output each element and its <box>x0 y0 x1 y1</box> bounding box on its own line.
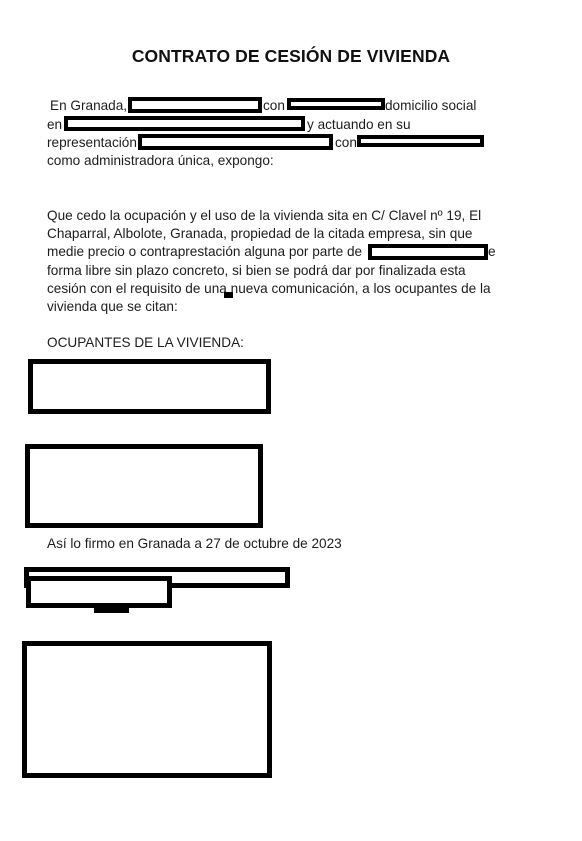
body-text: medie precio o contraprestación alguna p… <box>47 243 362 261</box>
body-text: Chaparral, Albolote, Granada, propiedad … <box>47 225 472 243</box>
intro-text: representación <box>47 134 137 152</box>
body-text: forma libre sin plazo concreto, si bien … <box>47 262 466 280</box>
signature-date-line: Así lo firmo en Granada a 27 de octubre … <box>47 535 342 553</box>
occupants-heading: OCUPANTES DE LA VIVIENDA: <box>47 334 244 352</box>
intro-text: domicilio social <box>385 97 476 115</box>
redaction-signatory-id <box>26 576 172 608</box>
redaction-occupant-2 <box>25 444 263 528</box>
intro-text: como administradora única, expongo: <box>47 152 274 170</box>
body-text: e <box>488 243 496 261</box>
redaction-representative-name <box>138 134 333 150</box>
intro-text: En Granada, <box>50 97 127 115</box>
body-text: Que cedo la ocupación y el uso de la viv… <box>47 207 481 225</box>
redaction-mark <box>224 292 233 298</box>
body-text: vivienda que se citan: <box>47 298 178 316</box>
intro-text: con <box>335 134 357 152</box>
intro-text: en <box>47 116 62 134</box>
intro-text: y actuando en su <box>307 116 411 134</box>
redaction-company-name <box>128 97 262 113</box>
document-page: CONTRATO DE CESIÓN DE VIVIENDA En Granad… <box>0 0 582 841</box>
redaction-signature <box>22 641 272 778</box>
redaction-company-name-2 <box>368 244 488 260</box>
redaction-representative-id <box>357 135 484 147</box>
redaction-company-address <box>64 116 305 131</box>
document-title: CONTRATO DE CESIÓN DE VIVIENDA <box>0 46 582 67</box>
redaction-occupant-1 <box>28 359 271 414</box>
redaction-company-id <box>287 98 385 110</box>
body-text: cesión con el requisito de una nueva com… <box>47 280 491 298</box>
intro-text: con <box>263 97 285 115</box>
redaction-mark <box>94 606 129 613</box>
